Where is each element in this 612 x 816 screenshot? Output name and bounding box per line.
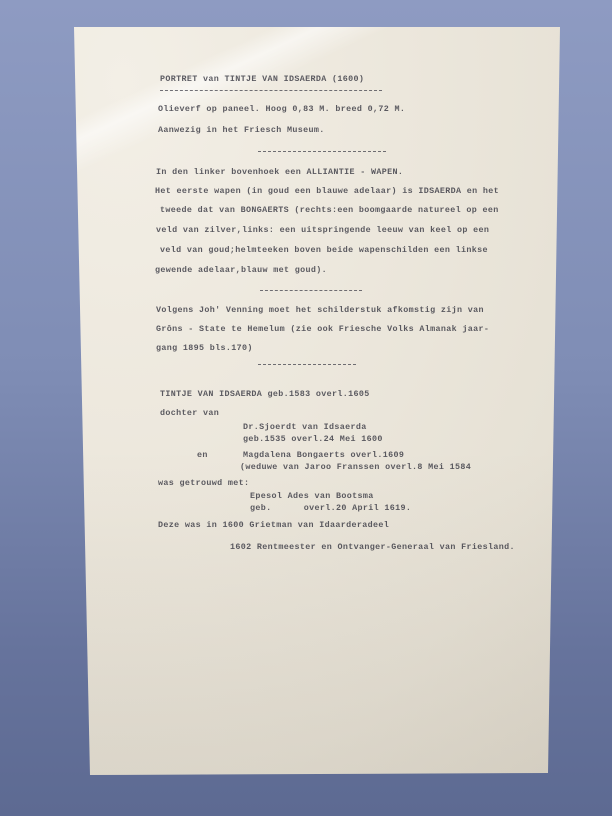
text-line: gewende adelaar,blauw met goud).	[155, 265, 327, 275]
text-line: In den linker bovenhoek een ALLIANTIE - …	[156, 167, 403, 177]
text-line: veld van zilver,links: een uitspringende…	[156, 225, 489, 235]
text-line: Volgens Joh' Venning moet het schilderst…	[156, 305, 484, 315]
text-line: Het eerste wapen (in goud een blauwe ade…	[155, 186, 499, 196]
section-rule	[258, 364, 356, 365]
title-rule	[160, 90, 382, 91]
medium-dimensions: Olieverf op paneel. Hoog 0,83 M. breed 0…	[158, 104, 405, 114]
document-title: PORTRET van TINTJE VAN IDSAERDA (1600)	[160, 74, 364, 84]
father-dates: geb.1535 overl.24 Mei 1600	[243, 434, 383, 444]
text-line: 1602 Rentmeester en Ontvanger-Generaal v…	[230, 542, 515, 552]
section-rule	[260, 290, 362, 291]
text-line: en	[197, 450, 208, 460]
text-line: tweede dat van BONGAERTS (rechts:een boo…	[160, 205, 499, 215]
section-rule	[258, 151, 386, 152]
mother-name: Magdalena Bongaerts overl.1609	[243, 450, 404, 460]
text-line: veld van goud;helmteeken boven beide wap…	[160, 245, 488, 255]
spouse-name: Epesol Ades van Bootsma	[250, 491, 374, 501]
subject-line: TINTJE VAN IDSAERDA geb.1583 overl.1605	[160, 389, 370, 399]
text-line: Deze was in 1600 Grietman van Idaarderad…	[158, 520, 389, 530]
text-line: gang 1895 bls.170)	[156, 343, 253, 353]
text-line: was getrouwd met:	[158, 478, 249, 488]
mother-note: (weduwe van Jaroo Franssen overl.8 Mei 1…	[240, 462, 471, 472]
text-line: Grôns - State te Hemelum (zie ook Friesc…	[156, 324, 489, 334]
location: Aanwezig in het Friesch Museum.	[158, 125, 325, 135]
spouse-dates: geb. overl.20 April 1619.	[250, 503, 411, 513]
typed-document-sheet	[0, 0, 612, 816]
father-name: Dr.Sjoerdt van Idsaerda	[243, 422, 367, 432]
text-line: dochter van	[160, 408, 219, 418]
